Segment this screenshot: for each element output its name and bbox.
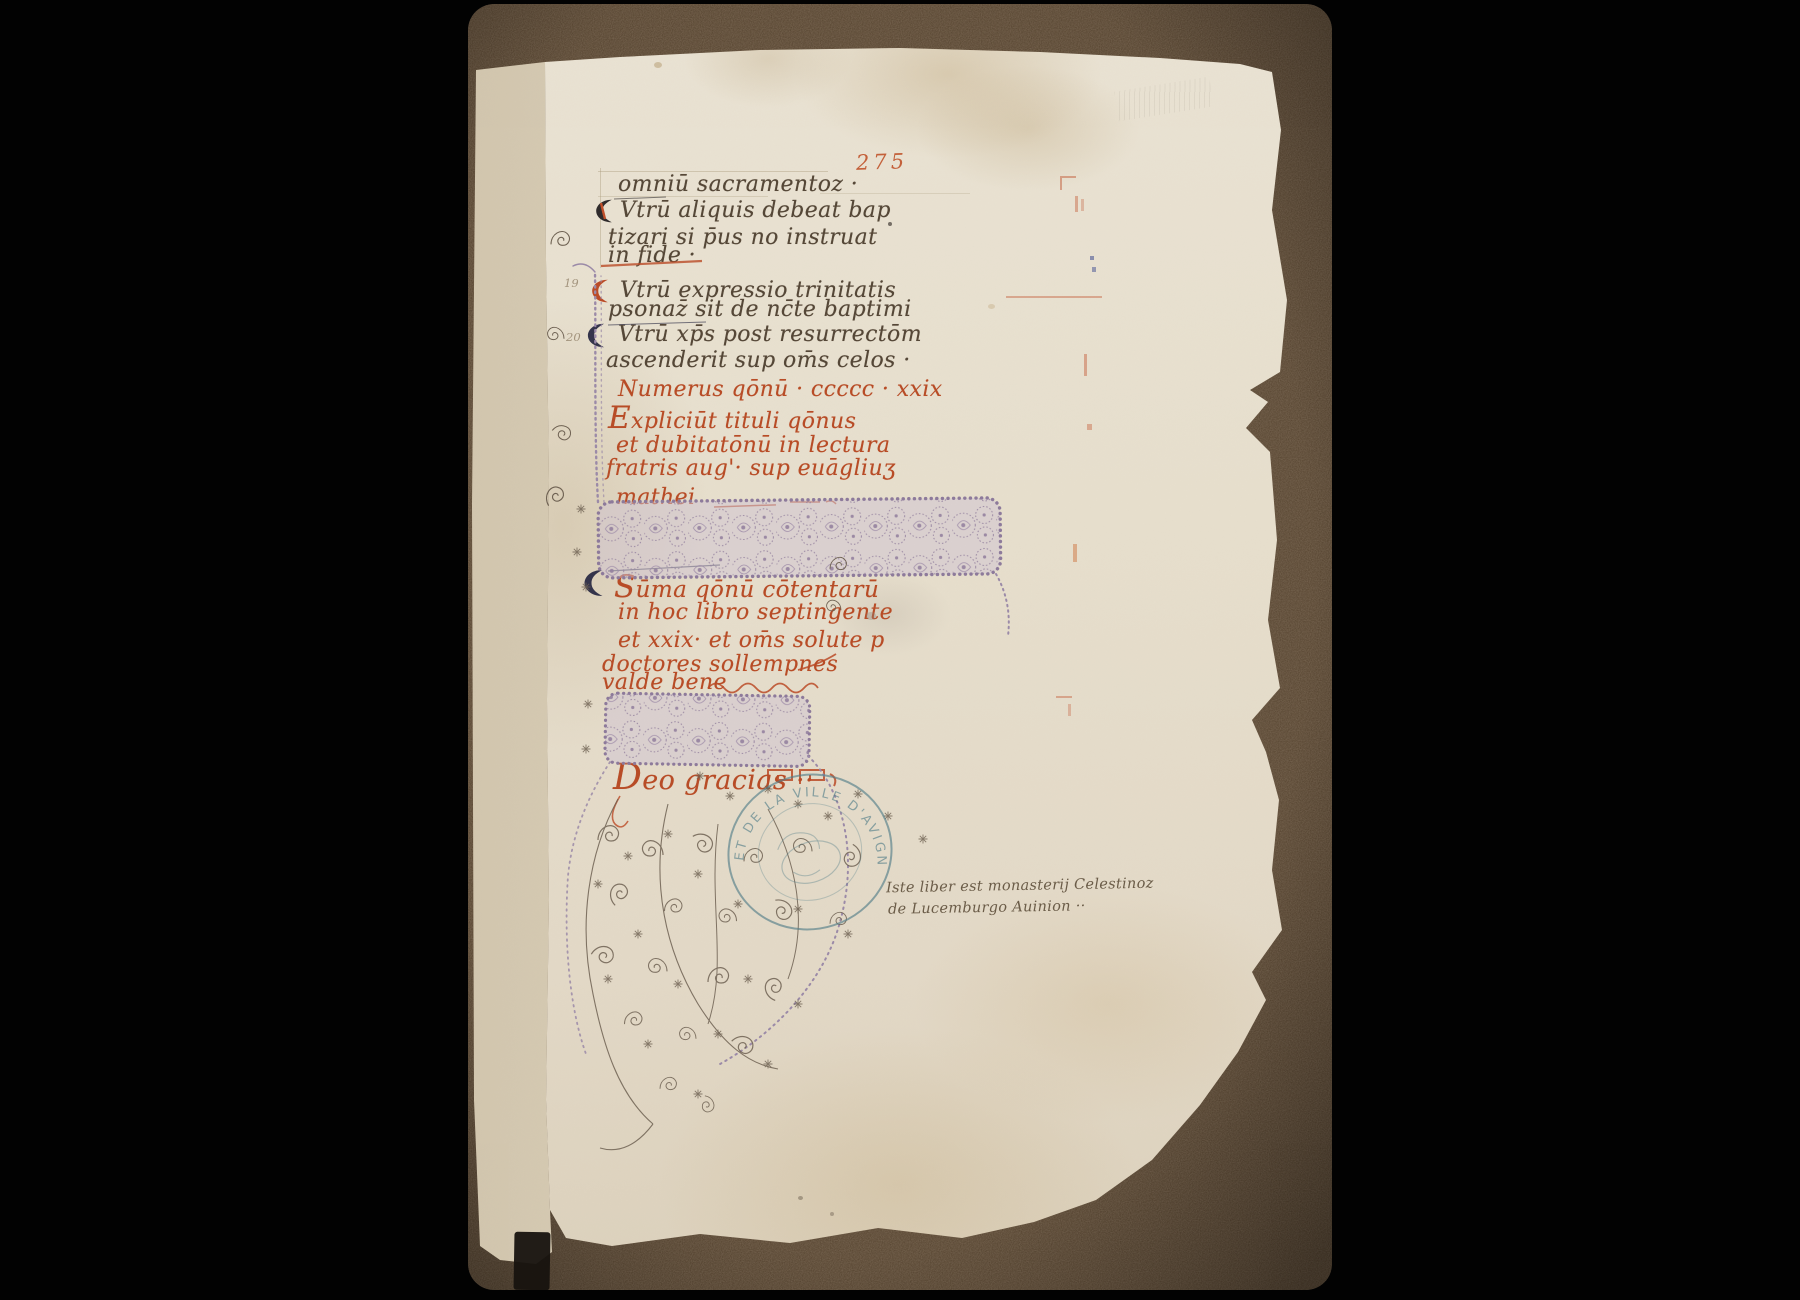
show-through-mark — [1087, 424, 1092, 430]
show-through-mark — [1056, 696, 1072, 698]
parchment-leaf: 275 18 19 20 omniū sacramentoz · Vtrū al… — [468, 4, 1332, 1290]
pencil-smudge — [1114, 77, 1214, 122]
rubric-line-summa: in hoc libro septingente — [618, 602, 893, 624]
rubric-line-explicit: et dubitatōnū in lectura — [616, 435, 890, 457]
manuscript-line: psonaz̄ sit de nc̄te baptimi — [608, 299, 912, 321]
rubric-line-summa: Sūma qōnū cōtentarū — [614, 572, 879, 603]
stain — [866, 612, 876, 620]
margin-number-20: 20 — [566, 330, 581, 344]
ink-speck — [888, 222, 892, 226]
manuscript-line: in fide · — [608, 245, 696, 267]
stain — [798, 1196, 803, 1200]
rubric-line-explicit: fratris aug'· sup euāgliuʒ — [606, 458, 896, 480]
stain — [654, 62, 662, 68]
show-through-mark — [1075, 196, 1078, 212]
stain — [988, 304, 995, 309]
show-through-mark — [1060, 176, 1076, 190]
show-through-mark — [1068, 704, 1071, 716]
manuscript-photo: 275 18 19 20 omniū sacramentoz · Vtrū al… — [468, 4, 1332, 1290]
rubric-line-explicit: Expliciūt tituli qōnus — [608, 403, 856, 434]
show-through-mark — [1092, 267, 1096, 272]
margin-number-19: 19 — [564, 276, 579, 290]
show-through-mark — [1084, 354, 1087, 376]
manuscript-line: Vtrū aliquis debeat bap — [620, 200, 891, 222]
ownership-inscription-line-2: de Lucemburgo Auinion ·· — [888, 898, 1086, 917]
folio-number: 275 — [856, 149, 909, 175]
rubric-line-numerus: Numerus qōnū · ccccc · xxix — [618, 379, 943, 401]
ruling-line — [600, 168, 601, 268]
show-through-mark — [1006, 296, 1102, 298]
ownership-inscription-line-1: Iste liber est monasterij Celestinoz — [886, 876, 1154, 897]
rubric-line-explicit: mathei — [616, 487, 695, 509]
manuscript-line: Vtrū xp̄s post resurrectōm — [618, 324, 922, 346]
manuscript-line: ascenderit sup om̄s celos · — [606, 350, 911, 372]
bookmark-strap — [513, 1232, 550, 1290]
show-through-mark — [1073, 544, 1077, 562]
rubric-line-deo-gracias: Deo gracias ·· — [613, 760, 814, 796]
stain — [830, 1212, 834, 1216]
rubric-line-summa: valde bene — [602, 672, 727, 694]
show-through-mark — [1081, 199, 1084, 211]
rubric-line-summa: et xxix· et om̄s solute p — [618, 630, 885, 652]
show-through-mark — [1090, 256, 1094, 260]
photograph-of-manuscript: 275 18 19 20 omniū sacramentoz · Vtrū al… — [0, 0, 1800, 1300]
manuscript-line-catchline: omniū sacramentoz · — [618, 174, 858, 196]
